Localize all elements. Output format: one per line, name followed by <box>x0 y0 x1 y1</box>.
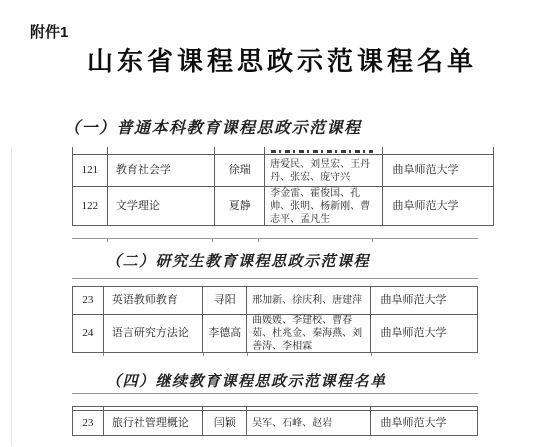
cell-team: 唐爱民、刘昱宏、王丹丹、张宏、庞守兴 <box>265 155 382 186</box>
cell-leader: 寻阳 <box>203 287 247 314</box>
cell-no: 24 <box>73 315 104 352</box>
table-row: 24 语言研究方法论 李德高 曲媛媛、李建校、曹春茹、杜兆金、秦海燕、刘善涛、李… <box>73 315 477 353</box>
table-continuation-stub <box>372 239 373 242</box>
clipped-text-fragment <box>271 150 373 153</box>
cell-team: 曲媛媛、李建校、曹春茹、杜兆金、秦海燕、刘善涛、李相霖 <box>247 315 370 352</box>
cell-team <box>265 147 382 154</box>
table-continuation-stub <box>212 239 213 242</box>
course-table-1: 121 教育社会学 徐瑞 唐爱民、刘昱宏、王丹丹、张宏、庞守兴 曲阜师范大学 1… <box>72 147 494 226</box>
section-heading-1: （一）普通本科教育课程思政示范课程 <box>64 115 362 138</box>
page-title: 山东省课程思政示范课程名单 <box>32 46 532 76</box>
cell-course: 英语教师教育 <box>104 287 204 314</box>
cell-course <box>104 407 204 410</box>
cell-leader: 夏静 <box>215 187 265 225</box>
cell-team: 李金雷、霍俊国、孔帅、张明、杨新刚、曹志平、孟凡生 <box>265 187 382 225</box>
table-row: 122 文学理论 夏静 李金雷、霍俊国、孔帅、张明、杨新刚、曹志平、孟凡生 曲阜… <box>73 187 493 226</box>
cell-leader <box>203 407 247 410</box>
page-break-line <box>72 238 478 239</box>
table-row: 23 旅行社管理概论 闫颖 吴军、石峰、赵岩 曲阜师范大学 <box>73 411 477 436</box>
clipped-table-row <box>73 147 493 155</box>
cell-team <box>247 407 370 410</box>
cell-course: 教育社会学 <box>108 155 216 186</box>
cell-school: 曲阜师范大学 <box>383 187 493 225</box>
cell-school: 曲阜师范大学 <box>371 287 477 314</box>
table-continuation-stub <box>247 353 248 356</box>
cell-no <box>73 147 108 154</box>
cell-no: 121 <box>73 155 108 186</box>
cell-school: 曲阜师范大学 <box>371 411 477 435</box>
attachment-label: 附件1 <box>30 21 68 42</box>
section-heading-2: （二）研究生教育课程思政示范课程 <box>106 250 370 271</box>
cell-course: 旅行社管理概论 <box>104 411 204 435</box>
course-table-2: 23 英语教师教育 寻阳 邢加新、徐庆利、唐建萍 曲阜师范大学 24 语言研究方… <box>72 286 478 353</box>
cell-school <box>371 407 477 410</box>
cell-leader: 闫颖 <box>203 411 247 435</box>
table-row: 121 教育社会学 徐瑞 唐爱民、刘昱宏、王丹丹、张宏、庞守兴 曲阜师范大学 <box>73 155 493 187</box>
table-row: 23 英语教师教育 寻阳 邢加新、徐庆利、唐建萍 曲阜师范大学 <box>73 287 477 315</box>
cell-school: 曲阜师范大学 <box>383 155 493 186</box>
cell-team: 吴军、石峰、赵岩 <box>247 411 370 435</box>
cell-course <box>108 147 215 154</box>
cell-no: 23 <box>73 287 104 314</box>
cell-school <box>383 147 493 154</box>
cell-leader <box>215 147 265 154</box>
page-break-line <box>72 278 478 279</box>
table-continuation-stub <box>107 239 108 242</box>
cell-course: 文学理论 <box>108 187 216 225</box>
table-continuation-stub <box>371 353 372 356</box>
table-continuation-stub <box>203 353 204 356</box>
course-table-3: 23 旅行社管理概论 闫颖 吴军、石峰、赵岩 曲阜师范大学 <box>72 406 478 436</box>
cell-team: 邢加新、徐庆利、唐建萍 <box>247 287 370 314</box>
cell-no: 23 <box>73 411 104 435</box>
table-continuation-stub <box>258 239 259 242</box>
cell-course: 语言研究方法论 <box>104 315 204 352</box>
page-edge-line <box>11 148 12 446</box>
cell-leader: 徐瑞 <box>215 155 265 186</box>
table-continuation-stub <box>103 353 104 356</box>
cell-leader: 李德高 <box>203 315 247 352</box>
cell-no: 122 <box>73 187 108 225</box>
section-heading-4: （四）继续教育课程思政示范课程名单 <box>106 370 387 391</box>
cell-school: 曲阜师范大学 <box>371 315 477 352</box>
page-break-line <box>72 393 478 394</box>
cell-no <box>73 407 104 410</box>
